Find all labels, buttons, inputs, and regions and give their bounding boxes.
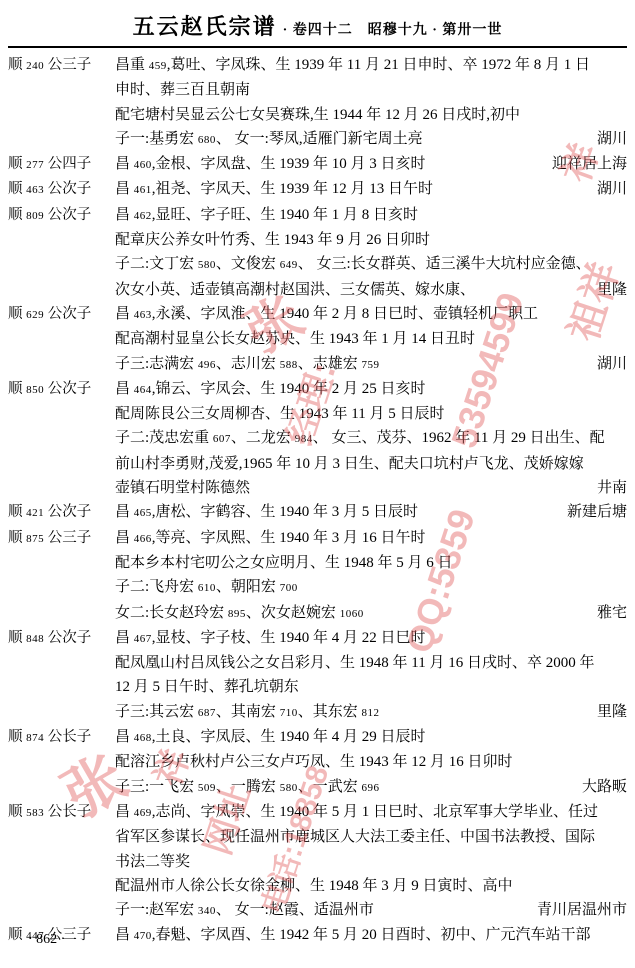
entry-line: 昌 468,土良、字凤辰、生 1940 年 4 月 29 日辰时 xyxy=(115,725,627,750)
entry-line: 昌 463,永溪、字凤淮、生 1940 年 2 月 8 日巳时、壶镇轻机厂职工 xyxy=(115,302,627,327)
index-number: 710 xyxy=(280,707,298,719)
entry-line: 昌 464,锦云、字凤会、生 1940 年 2 月 25 日亥时 xyxy=(115,377,627,402)
entry-line: 配宅塘村吴显云公七女吴赛珠,生 1944 年 12 月 26 日戌时,初中 xyxy=(115,103,627,127)
entry-line: 子二:文丁宏 580、文俊宏 649、 女三:长女群英、适三溪牛大坑村应金德、 xyxy=(115,252,627,277)
text-run: ,葛吐、字凤珠、生 1939 年 11 月 21 日申时、卒 1972 年 8 … xyxy=(167,57,590,73)
text-run: ,显旺、字子旺、生 1940 年 1 月 8 日亥时 xyxy=(152,207,418,223)
index-number: 809 xyxy=(26,210,44,222)
index-number: 696 xyxy=(361,782,379,794)
residence-label: 湖川 xyxy=(589,352,627,377)
entry-text: 子一:基勇宏 680、 女一:琴凤,适雁门新宅周土亮 xyxy=(115,127,423,152)
entry-content: 昌 464,锦云、字凤会、生 1940 年 2 月 25 日亥时配周陈艮公三女周… xyxy=(115,377,627,500)
index-number: 461 xyxy=(134,184,152,196)
entry-row: 顺 629 公次子昌 463,永溪、字凤淮、生 1940 年 2 月 8 日巳时… xyxy=(8,302,627,377)
index-number: 875 xyxy=(26,533,44,545)
entry-line: 昌重 459,葛吐、字凤珠、生 1939 年 11 月 21 日申时、卒 197… xyxy=(115,53,627,78)
entry-line: 次女小英、适壶镇高潮村赵国洪、三女儒英、嫁水康、里隆 xyxy=(115,278,627,302)
text-run: 公长子 xyxy=(44,729,91,745)
entry-label: 顺 583 公长子 xyxy=(8,800,115,825)
entry-row: 顺 240 公三子昌重 459,葛吐、字凤珠、生 1939 年 11 月 21 … xyxy=(8,53,627,152)
entry-row: 顺 809 公次子昌 462,显旺、字子旺、生 1940 年 1 月 8 日亥时… xyxy=(8,203,627,302)
text-run: ,金根、字凤盘、生 1939 年 10 月 3 日亥时 xyxy=(152,156,426,172)
text-run: 配周陈艮公三女周柳杏、生 1943 年 11 月 5 日辰时 xyxy=(115,406,444,422)
text-run: 昌 xyxy=(115,181,134,197)
entry-line: 女二:长女赵玲宏 895、次女赵婉宏 1060雅宅 xyxy=(115,601,627,626)
text-run: 前山村李勇财,茂爱,1965 年 10 月 3 日生、配夫口坑村卢飞龙、茂娇嫁嫁 xyxy=(115,456,584,472)
text-run: 书法二等奖 xyxy=(115,854,190,870)
entry-text: 子二:茂忠宏重 607、二龙宏 984、 女三、茂芬、1962 年 11 月 2… xyxy=(115,426,605,451)
entry-line: 子一:赵军宏 340、 女一:赵霞、适温州市青川居温州市 xyxy=(115,898,627,923)
text-run: 公四子 xyxy=(44,156,91,172)
entry-line: 配凤凰山村吕凤钱公之女吕彩月、生 1948 年 11 月 16 日戌时、卒 20… xyxy=(115,651,627,675)
entry-line: 昌 465,唐松、字鹤容、生 1940 年 3 月 5 日辰时新建后塘 xyxy=(115,500,627,525)
residence-label: 雅宅 xyxy=(589,601,627,626)
residence-label: 新建后塘 xyxy=(559,500,627,525)
page-footer: · 862 · xyxy=(28,932,65,948)
book-title: 五云赵氏宗谱 xyxy=(133,14,277,39)
text-run: 次女小英、适壶镇高潮村赵国洪、三女儒英、嫁水康、 xyxy=(115,282,475,298)
index-number: 588 xyxy=(280,359,298,371)
index-number: 629 xyxy=(26,309,44,321)
entry-text: 子三:一飞宏 509、一腾宏 580、一武宏 696 xyxy=(115,775,379,800)
text-run: ,锦云、字凤会、生 1940 年 2 月 25 日亥时 xyxy=(152,381,426,397)
entry-line: 12 月 5 日午时、葬孔坑朝东 xyxy=(115,675,627,699)
index-number: 874 xyxy=(26,732,44,744)
text-run: 昌 xyxy=(115,927,134,943)
entry-content: 昌 462,显旺、字子旺、生 1940 年 1 月 8 日亥时配章庆公养女叶竹秀… xyxy=(115,203,627,302)
entry-text: 子三:其云宏 687、其南宏 710、其东宏 812 xyxy=(115,700,379,725)
entry-line: 子一:基勇宏 680、 女一:琴凤,适雁门新宅周土亮湖川 xyxy=(115,127,627,152)
genealogy-page: 五云赵氏宗谱· 卷四十二 昭穆十九 · 第卅一世 顺 240 公三子昌重 459… xyxy=(0,0,635,968)
text-run: 子一:基勇宏 xyxy=(115,131,198,147)
text-run: 公三子 xyxy=(44,530,91,546)
text-run: 昌 xyxy=(115,156,134,172)
text-run: 配凤凰山村吕凤钱公之女吕彩月、生 1948 年 11 月 16 日戌时、卒 20… xyxy=(115,655,594,671)
index-number: 759 xyxy=(361,359,379,371)
text-run: 昌 xyxy=(115,630,134,646)
text-run: 公次子 xyxy=(44,381,91,397)
index-number: 240 xyxy=(26,60,44,72)
entry-line: 配高潮村显皇公长女赵苏央、生 1943 年 1 月 14 日丑时 xyxy=(115,327,627,351)
text-run: 配宅塘村吴显云公七女吴赛珠,生 1944 年 12 月 26 日戌时,初中 xyxy=(115,107,520,123)
volume-subtitle: · 卷四十二 昭穆十九 · 第卅一世 xyxy=(283,23,503,38)
entry-text: 昌 468,土良、字凤辰、生 1940 年 4 月 29 日辰时 xyxy=(115,725,426,750)
text-run: 顺 xyxy=(8,207,26,223)
index-number: 340 xyxy=(198,905,216,917)
entry-text: 昌 469,志尚、字凤崇、生 1940 年 5 月 1 日巳时、北京军事大学毕业… xyxy=(115,800,598,825)
index-number: 649 xyxy=(280,259,298,271)
text-run: 、其东宏 xyxy=(298,704,362,720)
index-number: 468 xyxy=(134,732,152,744)
entry-text: 前山村李勇财,茂爱,1965 年 10 月 3 日生、配夫口坑村卢飞龙、茂娇嫁嫁 xyxy=(115,452,584,476)
entry-line: 子二:飞舟宏 610、朝阳宏 700 xyxy=(115,575,627,600)
text-run: 女二:长女赵玲宏 xyxy=(115,605,228,621)
text-run: 、二龙宏 xyxy=(231,430,295,446)
entry-content: 昌重 459,葛吐、字凤珠、生 1939 年 11 月 21 日申时、卒 197… xyxy=(115,53,627,152)
entry-content: 昌 465,唐松、字鹤容、生 1940 年 3 月 5 日辰时新建后塘 xyxy=(115,500,627,525)
text-run: 、志雄宏 xyxy=(298,356,362,372)
index-number: 464 xyxy=(134,384,152,396)
text-run: 昌 xyxy=(115,381,134,397)
index-number: 470 xyxy=(134,930,152,942)
entry-label: 顺 850 公次子 xyxy=(8,377,115,402)
entry-label: 顺 421 公次子 xyxy=(8,500,115,525)
text-run: 公次子 xyxy=(44,181,91,197)
text-run: 、志川宏 xyxy=(216,356,280,372)
index-number: 984 xyxy=(295,433,313,445)
index-number: 687 xyxy=(198,707,216,719)
entry-line: 昌 469,志尚、字凤崇、生 1940 年 5 月 1 日巳时、北京军事大学毕业… xyxy=(115,800,627,825)
index-number: 466 xyxy=(134,533,152,545)
text-run: 昌重 xyxy=(115,57,149,73)
entry-line: 昌 470,春魁、字凤酉、生 1942 年 5 月 20 日酉时、初中、广元汽车… xyxy=(115,923,627,948)
text-run: 、 女一:琴凤,适雁门新宅周土亮 xyxy=(216,131,423,147)
text-run: 配高潮村显皇公长女赵苏央、生 1943 年 1 月 14 日丑时 xyxy=(115,331,475,347)
text-run: 公三子 xyxy=(44,57,91,73)
entry-content: 昌 466,等亮、字凤熙、生 1940 年 3 月 16 日午时配本乡本村宅叨公… xyxy=(115,526,627,626)
text-run: 顺 xyxy=(8,306,26,322)
residence-label: 里隆 xyxy=(589,700,627,725)
text-run: 、一腾宏 xyxy=(216,779,280,795)
text-run: 子二:文丁宏 xyxy=(115,256,198,272)
text-run: ,显枝、字子枝、生 1940 年 4 月 22 日巳时 xyxy=(152,630,426,646)
entry-line: 前山村李勇财,茂爱,1965 年 10 月 3 日生、配夫口坑村卢飞龙、茂娇嫁嫁 xyxy=(115,452,627,476)
index-number: 465 xyxy=(134,507,152,519)
text-run: 、 女一:赵霞、适温州市 xyxy=(216,902,374,918)
text-run: 顺 xyxy=(8,927,26,943)
entry-label: 顺 240 公三子 xyxy=(8,53,115,78)
residence-label: 大路畈 xyxy=(574,775,627,800)
entry-label: 顺 277 公四子 xyxy=(8,152,115,177)
index-number: 583 xyxy=(26,807,44,819)
text-run: 公长子 xyxy=(44,804,91,820)
text-run: 顺 xyxy=(8,381,26,397)
text-run: 顺 xyxy=(8,504,26,520)
entry-row: 顺 875 公三子昌 466,等亮、字凤熙、生 1940 年 3 月 16 日午… xyxy=(8,526,627,626)
entry-line: 昌 466,等亮、字凤熙、生 1940 年 3 月 16 日午时 xyxy=(115,526,627,551)
entry-line: 昌 461,祖尧、字凤天、生 1939 年 12 月 13 日午时湖川 xyxy=(115,177,627,202)
index-number: 812 xyxy=(361,707,379,719)
entry-text: 书法二等奖 xyxy=(115,850,190,874)
text-run: ,等亮、字凤熙、生 1940 年 3 月 16 日午时 xyxy=(152,530,426,546)
index-number: 610 xyxy=(198,582,216,594)
entry-row: 顺 850 公次子昌 464,锦云、字凤会、生 1940 年 2 月 25 日亥… xyxy=(8,377,627,500)
text-run: 壶镇石明堂村陈德然 xyxy=(115,480,250,496)
entry-text: 昌 466,等亮、字凤熙、生 1940 年 3 月 16 日午时 xyxy=(115,526,426,551)
index-number: 277 xyxy=(26,159,44,171)
entry-row: 顺 447 公三子昌 470,春魁、字凤酉、生 1942 年 5 月 20 日酉… xyxy=(8,923,627,948)
entry-text: 配本乡本村宅叨公之女应明月、生 1948 年 5 月 6 日 xyxy=(115,551,453,575)
entry-text: 子三:志满宏 496、志川宏 588、志雄宏 759 xyxy=(115,352,379,377)
text-run: 子三:一飞宏 xyxy=(115,779,198,795)
index-number: 680 xyxy=(198,134,216,146)
entry-text: 配溶江乡卢秋村卢公三女卢巧凤、生 1943 年 12 月 16 日卯时 xyxy=(115,750,513,774)
index-number: 580 xyxy=(198,259,216,271)
text-run: 昌 xyxy=(115,306,134,322)
text-run: ,永溪、字凤淮、生 1940 年 2 月 8 日巳时、壶镇轻机厂职工 xyxy=(152,306,538,322)
index-number: 421 xyxy=(26,507,44,519)
index-number: 607 xyxy=(213,433,231,445)
entry-line: 配本乡本村宅叨公之女应明月、生 1948 年 5 月 6 日 xyxy=(115,551,627,575)
entry-text: 配周陈艮公三女周柳杏、生 1943 年 11 月 5 日辰时 xyxy=(115,402,444,426)
entry-text: 壶镇石明堂村陈德然 xyxy=(115,476,250,500)
entry-line: 配章庆公养女叶竹秀、生 1943 年 9 月 26 日卯时 xyxy=(115,228,627,252)
entry-text: 昌 463,永溪、字凤淮、生 1940 年 2 月 8 日巳时、壶镇轻机厂职工 xyxy=(115,302,538,327)
entry-text: 配宅塘村吴显云公七女吴赛珠,生 1944 年 12 月 26 日戌时,初中 xyxy=(115,103,520,127)
text-run: 12 月 5 日午时、葬孔坑朝东 xyxy=(115,679,299,695)
text-run: ,土良、字凤辰、生 1940 年 4 月 29 日辰时 xyxy=(152,729,426,745)
index-number: 496 xyxy=(198,359,216,371)
entry-text: 昌 460,金根、字凤盘、生 1939 年 10 月 3 日亥时 xyxy=(115,152,426,177)
index-number: 580 xyxy=(280,782,298,794)
entry-text: 配温州市人徐公长女徐金柳、生 1948 年 3 月 9 日寅时、高中 xyxy=(115,874,513,898)
entry-label: 顺 463 公次子 xyxy=(8,177,115,202)
entry-text: 次女小英、适壶镇高潮村赵国洪、三女儒英、嫁水康、 xyxy=(115,278,475,302)
entry-line: 配周陈艮公三女周柳杏、生 1943 年 11 月 5 日辰时 xyxy=(115,402,627,426)
entry-text: 昌 461,祖尧、字凤天、生 1939 年 12 月 13 日午时 xyxy=(115,177,433,202)
text-run: 省军区参谋长、现任温州市鹿城区人大法工委主任、中国书法教授、国际 xyxy=(115,829,595,845)
entry-text: 子一:赵军宏 340、 女一:赵霞、适温州市 xyxy=(115,898,374,923)
page-header: 五云赵氏宗谱· 卷四十二 昭穆十九 · 第卅一世 xyxy=(0,10,635,41)
index-number: 469 xyxy=(134,807,152,819)
index-number: 463 xyxy=(26,184,44,196)
entry-line: 子三:一飞宏 509、一腾宏 580、一武宏 696大路畈 xyxy=(115,775,627,800)
text-run: 昌 xyxy=(115,530,134,546)
entry-line: 配溶江乡卢秋村卢公三女卢巧凤、生 1943 年 12 月 16 日卯时 xyxy=(115,750,627,774)
index-number: 467 xyxy=(134,633,152,645)
residence-label: 迎祥居上海 xyxy=(544,152,627,177)
text-run: 、一武宏 xyxy=(298,779,362,795)
residence-label: 里隆 xyxy=(589,278,627,302)
text-run: 昌 xyxy=(115,207,134,223)
index-number: 895 xyxy=(228,608,246,620)
text-run: 子一:赵军宏 xyxy=(115,902,198,918)
entry-row: 顺 463 公次子昌 461,祖尧、字凤天、生 1939 年 12 月 13 日… xyxy=(8,177,627,202)
entry-line: 昌 462,显旺、字子旺、生 1940 年 1 月 8 日亥时 xyxy=(115,203,627,228)
page-number: · 862 · xyxy=(28,932,65,947)
entry-line: 昌 467,显枝、字子枝、生 1940 年 4 月 22 日巳时 xyxy=(115,626,627,651)
entry-content: 昌 467,显枝、字子枝、生 1940 年 4 月 22 日巳时配凤凰山村吕凤钱… xyxy=(115,626,627,725)
header-rule xyxy=(8,46,627,48)
entry-line: 昌 460,金根、字凤盘、生 1939 年 10 月 3 日亥时迎祥居上海 xyxy=(115,152,627,177)
entry-text: 配凤凰山村吕凤钱公之女吕彩月、生 1948 年 11 月 16 日戌时、卒 20… xyxy=(115,651,594,675)
text-run: ,唐松、字鹤容、生 1940 年 3 月 5 日辰时 xyxy=(152,504,418,520)
index-number: 463 xyxy=(134,309,152,321)
entry-content: 昌 461,祖尧、字凤天、生 1939 年 12 月 13 日午时湖川 xyxy=(115,177,627,202)
entry-text: 子二:文丁宏 580、文俊宏 649、 女三:长女群英、适三溪牛大坑村应金德、 xyxy=(115,252,591,277)
entry-text: 女二:长女赵玲宏 895、次女赵婉宏 1060 xyxy=(115,601,364,626)
text-run: 顺 xyxy=(8,530,26,546)
text-run: ,祖尧、字凤天、生 1939 年 12 月 13 日午时 xyxy=(152,181,433,197)
entry-content: 昌 469,志尚、字凤崇、生 1940 年 5 月 1 日巳时、北京军事大学毕业… xyxy=(115,800,627,923)
text-run: 公次子 xyxy=(44,207,91,223)
entry-text: 昌 465,唐松、字鹤容、生 1940 年 3 月 5 日辰时 xyxy=(115,500,418,525)
entry-text: 省军区参谋长、现任温州市鹿城区人大法工委主任、中国书法教授、国际 xyxy=(115,825,595,849)
text-run: 顺 xyxy=(8,804,26,820)
text-run: ,春魁、字凤酉、生 1942 年 5 月 20 日酉时、初中、广元汽车站干部 xyxy=(152,927,591,943)
entry-text: 申时、葬三百且朝南 xyxy=(115,78,250,102)
entry-text: 配章庆公养女叶竹秀、生 1943 年 9 月 26 日卯时 xyxy=(115,228,430,252)
text-run: 配本乡本村宅叨公之女应明月、生 1948 年 5 月 6 日 xyxy=(115,555,453,571)
residence-label: 青川居温州市 xyxy=(529,898,627,923)
residence-label: 井南 xyxy=(589,476,627,500)
text-run: 顺 xyxy=(8,156,26,172)
index-number: 850 xyxy=(26,384,44,396)
index-number: 848 xyxy=(26,633,44,645)
text-run: 、其南宏 xyxy=(216,704,280,720)
text-run: 昌 xyxy=(115,729,134,745)
entry-text: 昌重 459,葛吐、字凤珠、生 1939 年 11 月 21 日申时、卒 197… xyxy=(115,53,590,78)
text-run: 顺 xyxy=(8,57,26,73)
text-run: 配章庆公养女叶竹秀、生 1943 年 9 月 26 日卯时 xyxy=(115,232,430,248)
text-run: 、 女三:长女群英、适三溪牛大坑村应金德、 xyxy=(298,256,591,272)
entry-text: 昌 467,显枝、字子枝、生 1940 年 4 月 22 日巳时 xyxy=(115,626,426,651)
text-run: 、次女赵婉宏 xyxy=(246,605,340,621)
text-run: 、朝阳宏 xyxy=(216,579,280,595)
text-run: 子三:志满宏 xyxy=(115,356,198,372)
entry-row: 顺 874 公长子昌 468,土良、字凤辰、生 1940 年 4 月 29 日辰… xyxy=(8,725,627,800)
entry-row: 顺 583 公长子昌 469,志尚、字凤崇、生 1940 年 5 月 1 日巳时… xyxy=(8,800,627,923)
entry-line: 壶镇石明堂村陈德然井南 xyxy=(115,476,627,500)
text-run: 公次子 xyxy=(44,504,91,520)
entry-label: 顺 809 公次子 xyxy=(8,203,115,228)
index-number: 462 xyxy=(134,210,152,222)
entry-text: 昌 470,春魁、字凤酉、生 1942 年 5 月 20 日酉时、初中、广元汽车… xyxy=(115,923,591,948)
index-number: 1060 xyxy=(340,608,364,620)
index-number: 459 xyxy=(149,60,167,72)
text-run: 子二:飞舟宏 xyxy=(115,579,198,595)
entry-line: 子三:志满宏 496、志川宏 588、志雄宏 759湖川 xyxy=(115,352,627,377)
entry-row: 顺 277 公四子昌 460,金根、字凤盘、生 1939 年 10 月 3 日亥… xyxy=(8,152,627,177)
entry-text: 昌 462,显旺、字子旺、生 1940 年 1 月 8 日亥时 xyxy=(115,203,418,228)
text-run: 申时、葬三百且朝南 xyxy=(115,82,250,98)
entry-line: 申时、葬三百且朝南 xyxy=(115,78,627,102)
text-run: 配溶江乡卢秋村卢公三女卢巧凤、生 1943 年 12 月 16 日卯时 xyxy=(115,754,513,770)
residence-label: 湖川 xyxy=(589,177,627,202)
text-run: 顺 xyxy=(8,630,26,646)
entry-text: 子二:飞舟宏 610、朝阳宏 700 xyxy=(115,575,298,600)
text-run: 子三:其云宏 xyxy=(115,704,198,720)
entry-text: 配高潮村显皇公长女赵苏央、生 1943 年 1 月 14 日丑时 xyxy=(115,327,475,351)
text-run: 公次子 xyxy=(44,306,91,322)
text-run: 顺 xyxy=(8,729,26,745)
entry-line: 子二:茂忠宏重 607、二龙宏 984、 女三、茂芬、1962 年 11 月 2… xyxy=(115,426,627,451)
text-run: 公次子 xyxy=(44,630,91,646)
text-run: 昌 xyxy=(115,804,134,820)
entry-line: 省军区参谋长、现任温州市鹿城区人大法工委主任、中国书法教授、国际 xyxy=(115,825,627,849)
entries-list: 顺 240 公三子昌重 459,葛吐、字凤珠、生 1939 年 11 月 21 … xyxy=(8,53,627,949)
entry-text: 昌 464,锦云、字凤会、生 1940 年 2 月 25 日亥时 xyxy=(115,377,426,402)
index-number: 700 xyxy=(280,582,298,594)
text-run: 、 女三、茂芬、1962 年 11 月 29 日出生、配 xyxy=(313,430,605,446)
text-run: ,志尚、字凤崇、生 1940 年 5 月 1 日巳时、北京军事大学毕业、任过 xyxy=(152,804,598,820)
entry-label: 顺 629 公次子 xyxy=(8,302,115,327)
text-run: 配温州市人徐公长女徐金柳、生 1948 年 3 月 9 日寅时、高中 xyxy=(115,878,513,894)
entry-row: 顺 421 公次子昌 465,唐松、字鹤容、生 1940 年 3 月 5 日辰时… xyxy=(8,500,627,525)
text-run: 昌 xyxy=(115,504,134,520)
entry-line: 书法二等奖 xyxy=(115,850,627,874)
text-run: 顺 xyxy=(8,181,26,197)
entry-content: 昌 470,春魁、字凤酉、生 1942 年 5 月 20 日酉时、初中、广元汽车… xyxy=(115,923,627,948)
text-run: 子二:茂忠宏重 xyxy=(115,430,213,446)
text-run: 、文俊宏 xyxy=(216,256,280,272)
entry-line: 子三:其云宏 687、其南宏 710、其东宏 812里隆 xyxy=(115,700,627,725)
entry-text: 12 月 5 日午时、葬孔坑朝东 xyxy=(115,675,299,699)
entry-content: 昌 460,金根、字凤盘、生 1939 年 10 月 3 日亥时迎祥居上海 xyxy=(115,152,627,177)
index-number: 509 xyxy=(198,782,216,794)
entry-content: 昌 463,永溪、字凤淮、生 1940 年 2 月 8 日巳时、壶镇轻机厂职工配… xyxy=(115,302,627,377)
entry-line: 配温州市人徐公长女徐金柳、生 1948 年 3 月 9 日寅时、高中 xyxy=(115,874,627,898)
entry-content: 昌 468,土良、字凤辰、生 1940 年 4 月 29 日辰时配溶江乡卢秋村卢… xyxy=(115,725,627,800)
entry-label: 顺 874 公长子 xyxy=(8,725,115,750)
residence-label: 湖川 xyxy=(589,127,627,152)
entry-label: 顺 848 公次子 xyxy=(8,626,115,651)
index-number: 460 xyxy=(134,159,152,171)
entry-row: 顺 848 公次子昌 467,显枝、字子枝、生 1940 年 4 月 22 日巳… xyxy=(8,626,627,725)
entry-label: 顺 875 公三子 xyxy=(8,526,115,551)
